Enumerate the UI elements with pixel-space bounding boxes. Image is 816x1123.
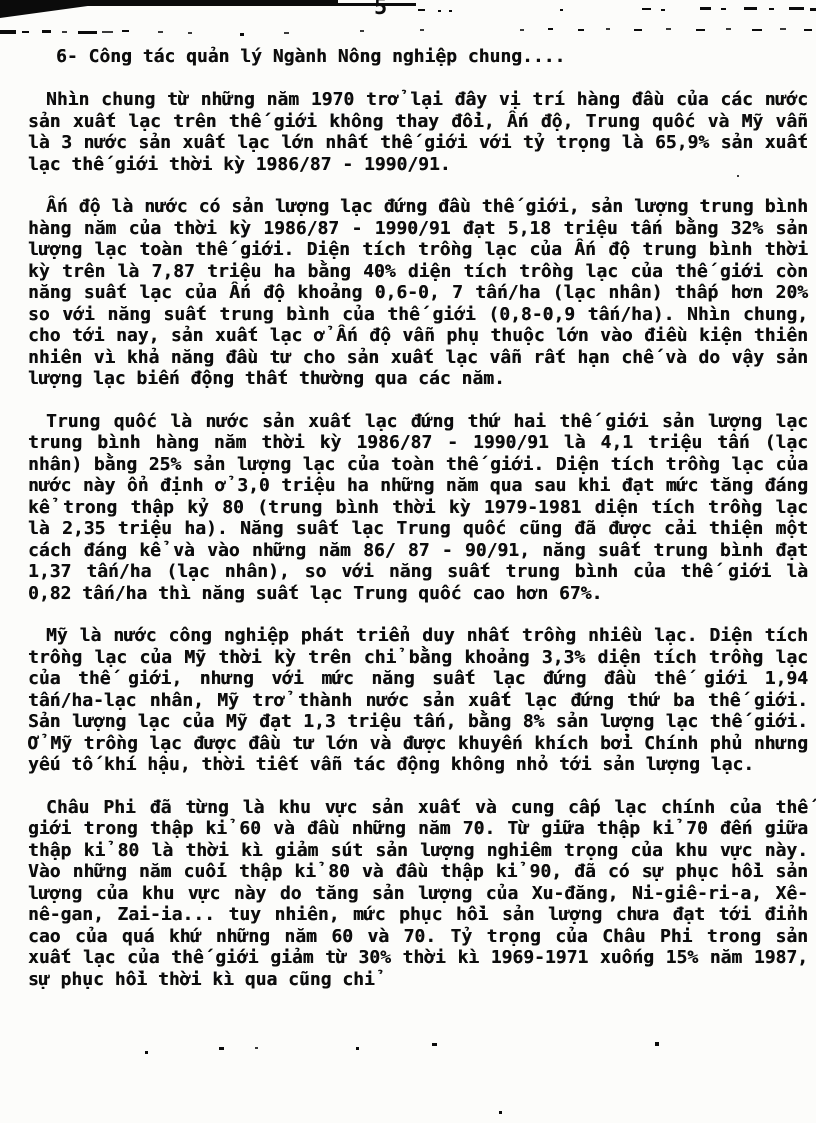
scan-artifact xyxy=(780,28,786,30)
section-heading: 6- Công tác quản lý Ngành Nông nghiệp ch… xyxy=(56,46,808,67)
paragraph-india: Ấn độ là nước có sản lượng lạc đứng đầu … xyxy=(28,196,808,390)
scan-artifact xyxy=(578,29,584,31)
scan-artifact xyxy=(420,29,424,31)
scan-artifact xyxy=(145,1051,148,1054)
scan-artifact xyxy=(804,29,812,31)
scan-artifact xyxy=(661,9,665,11)
scan-artifact xyxy=(158,31,163,33)
scan-artifact xyxy=(655,1042,659,1046)
scan-artifact xyxy=(726,28,731,30)
scan-artifact xyxy=(744,7,757,10)
scan-artifact xyxy=(255,1047,258,1049)
scan-artifact xyxy=(240,33,244,36)
paragraph-china: Trung quốc là nước sản xuất lạc đứng thứ… xyxy=(28,411,808,605)
scan-artifact xyxy=(356,1047,359,1050)
scanned-document-page: 5 6- Công tác quản lý Ngành Nông nghiệp … xyxy=(0,0,816,1123)
scan-artifact xyxy=(769,8,774,10)
scan-artifact xyxy=(721,8,726,10)
scan-artifact xyxy=(449,10,452,12)
scan-artifact xyxy=(696,29,705,31)
scan-artifact xyxy=(700,7,711,10)
document-body: 6- Công tác quản lý Ngành Nông nghiệp ch… xyxy=(28,46,808,1011)
scan-artifact xyxy=(284,32,289,34)
scan-artifact xyxy=(666,28,671,30)
scan-artifact xyxy=(42,30,51,33)
scan-artifact xyxy=(188,32,192,34)
scan-artifact xyxy=(62,31,67,33)
scan-artifact xyxy=(438,10,441,12)
scan-artifact xyxy=(102,31,113,33)
scan-artifact xyxy=(432,1043,437,1046)
scan-artifact xyxy=(22,31,29,33)
scan-artifact xyxy=(606,28,610,30)
scan-artifact xyxy=(634,29,642,31)
scan-artifact xyxy=(360,30,364,32)
paragraph-world-overview: Nhìn chung từ những năm 1970 trở lại đây… xyxy=(28,89,808,175)
scan-artifact xyxy=(122,30,129,32)
paragraph-usa: Mỹ là nước công nghiệp phát triển duy nh… xyxy=(28,625,808,776)
scan-artifact xyxy=(219,1047,224,1050)
scan-artifact xyxy=(642,8,651,10)
scan-artifact xyxy=(752,29,762,31)
scan-artifact xyxy=(548,28,553,30)
paragraph-africa: Châu Phi đã từng là khu vực sản xuất và … xyxy=(28,797,808,991)
scan-artifact xyxy=(78,31,97,34)
scan-artifact xyxy=(499,1111,502,1114)
scan-artifact xyxy=(0,5,95,18)
scan-artifact xyxy=(0,30,16,34)
scan-artifact xyxy=(560,9,563,11)
scan-artifact xyxy=(520,29,524,31)
scan-artifact xyxy=(810,8,816,11)
page-number: 5 xyxy=(374,0,387,20)
scan-artifact xyxy=(418,9,425,11)
scan-artifact xyxy=(789,7,804,10)
